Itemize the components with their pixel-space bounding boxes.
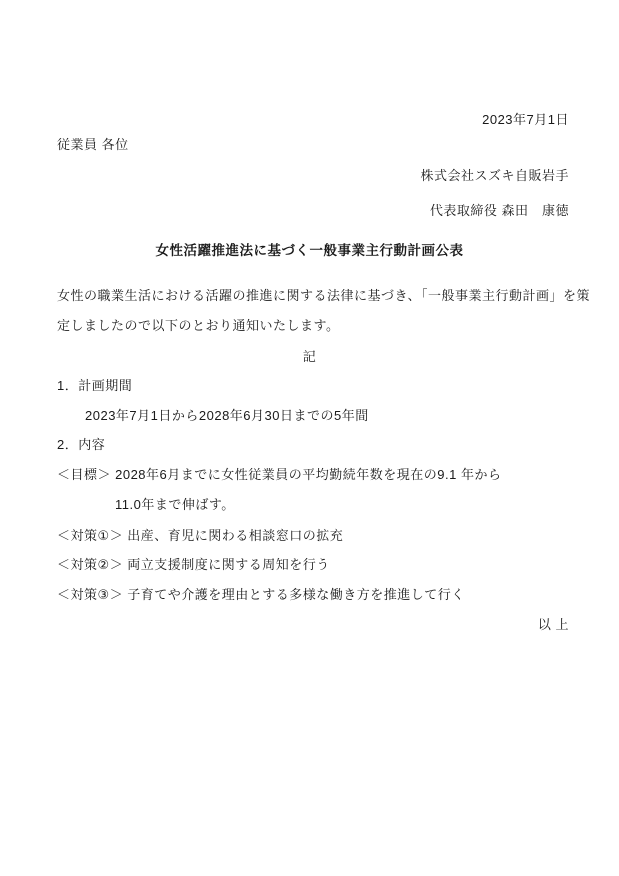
closing-marker: 以 上 — [538, 617, 569, 633]
document-title: 女性活躍推進法に基づく一般事業主行動計画公表 — [0, 243, 619, 259]
intro-paragraph-line-2: 定しましたので以下のとおり通知いたします。 — [57, 318, 339, 334]
document-page: 2023年7月1日 従業員 各位 株式会社スズキ自販岩手 代表取締役 森田 康徳… — [0, 0, 619, 876]
measure-3: ＜対策③＞ 子育てや介護を理由とする多様な働き方を推進して行く — [57, 587, 465, 603]
record-marker: 記 — [0, 349, 619, 365]
section-1-heading: 1．計画期間 — [57, 378, 132, 394]
measure-2: ＜対策②＞ 両立支援制度に関する周知を行う — [57, 557, 330, 573]
section-1-body-plan-period: 2023年7月1日から2028年6月30日までの5年間 — [85, 408, 369, 424]
representative-name: 代表取締役 森田 康徳 — [430, 203, 569, 219]
intro-paragraph-line-1: 女性の職業生活における活躍の推進に関する法律に基づき、「一般事業主行動計画」を策 — [57, 288, 590, 304]
document-date: 2023年7月1日 — [482, 112, 569, 128]
section-2-heading: 2．内容 — [57, 437, 105, 453]
measure-1: ＜対策①＞ 出産、育児に関わる相談窓口の拡充 — [57, 528, 343, 544]
goal-line-1: ＜目標＞ 2028年6月までに女性従業員の平均勤続年数を現在の9.1 年から — [57, 467, 501, 483]
goal-line-2: 11.0年まで伸ばす。 — [115, 497, 235, 513]
company-name: 株式会社スズキ自販岩手 — [420, 168, 569, 184]
recipient-line: 従業員 各位 — [57, 137, 129, 153]
